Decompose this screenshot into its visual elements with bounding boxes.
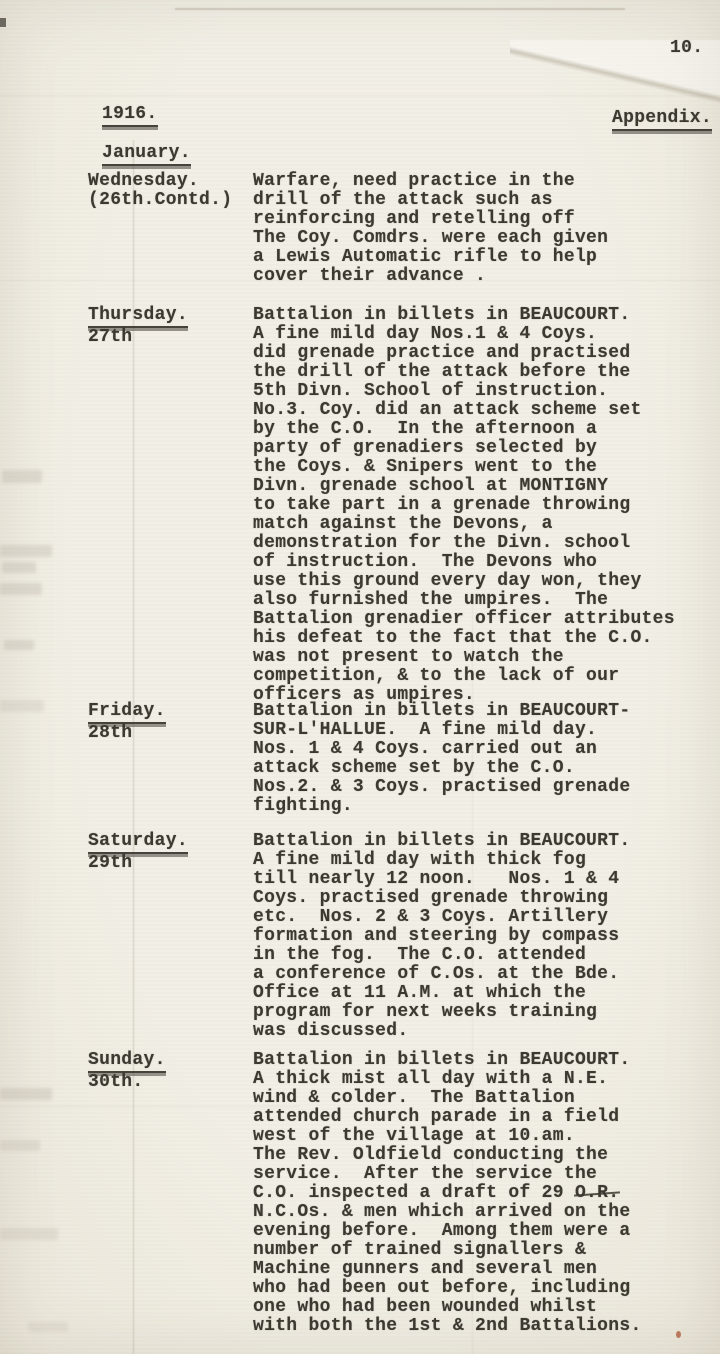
ghost-smudge: [2, 562, 36, 573]
ghost-smudge: [0, 1140, 40, 1151]
entry-text-line: Office at 11 A.M. at which the: [253, 984, 688, 1003]
entry-text-line: Battalion grenadier officer attributes: [253, 610, 688, 629]
entry-text-line: Warfare, need practice in the: [253, 172, 688, 191]
entry-day-label: Sunday.: [88, 1051, 253, 1073]
entry-text-line: did grenade practice and practised: [253, 344, 688, 363]
entry-text-line: of instruction. The Devons who: [253, 553, 688, 572]
ghost-smudge: [0, 583, 42, 595]
page-number: 10.: [670, 38, 703, 58]
entry-text-line: service. After the service the: [253, 1165, 688, 1184]
entry-text-line: was not present to watch the: [253, 648, 688, 667]
entry-text-line: Battalion in billets in BEAUCOURT.: [253, 832, 688, 851]
document-page: 10. 1916. Appendix. January. Wednesday.(…: [0, 0, 720, 1354]
entry-text-line: also furnished the umpires. The: [253, 591, 688, 610]
scan-streak: [0, 95, 720, 96]
entry-text-line: A thick mist all day with a N.E.: [253, 1070, 688, 1089]
entry-text-line: one who had been wounded whilst: [253, 1298, 688, 1317]
ghost-smudge: [0, 545, 52, 557]
entry-text-line: attack scheme set by the C.O.: [253, 759, 688, 778]
entry-text-line: N.C.Os. & men which arrived on the: [253, 1203, 688, 1222]
entry-text-line: Nos.2. & 3 Coys. practised grenade: [253, 778, 688, 797]
entry-label: Saturday.29th: [88, 832, 253, 873]
entry-date-label: 28th: [88, 724, 253, 743]
entry-day-label: Wednesday.: [88, 172, 253, 191]
entry-body: Warfare, need practice in thedrill of th…: [253, 172, 688, 286]
entry-text-line: No.3. Coy. did an attack scheme set: [253, 401, 688, 420]
entry-text-line: Battalion in billets in BEAUCOURT.: [253, 306, 688, 325]
entry-text-line: Coys. practised grenade throwing: [253, 889, 688, 908]
entry-text-line: SUR-L'HALLUE. A fine mild day.: [253, 721, 688, 740]
entry-label: Thursday.27th: [88, 306, 253, 347]
entry-text-line: fighting.: [253, 797, 688, 816]
entry-text-line: competition, & to the lack of our: [253, 667, 688, 686]
entry-text-line: demonstration for the Divn. school: [253, 534, 688, 553]
entry-label: Wednesday.(26th.Contd.): [88, 172, 253, 210]
entry-body: Battalion in billets in BEAUCOURT.A fine…: [253, 832, 688, 1041]
entry-text-line: The Coy. Comdrs. were each given: [253, 229, 688, 248]
month-heading: January.: [102, 143, 191, 166]
entry-text-line: his defeat to the fact that the C.O.: [253, 629, 688, 648]
entry-text-line: A fine mild day Nos.1 & 4 Coys.: [253, 325, 688, 344]
entry-date-label: (26th.Contd.): [88, 191, 253, 210]
appendix-heading: Appendix.: [612, 108, 712, 131]
entry-text-line: use this ground every day won, they: [253, 572, 688, 591]
entry-text-line: Battalion in billets in BEAUCOURT.: [253, 1051, 688, 1070]
entry-date-label: 30th.: [88, 1073, 253, 1092]
entry-body: Battalion in billets in BEAUCOURT.A thic…: [253, 1051, 688, 1336]
entry-date-label: 29th: [88, 854, 253, 873]
entry-text-line: Battalion in billets in BEAUCOURT-: [253, 702, 688, 721]
entry-day-label: Saturday.: [88, 832, 253, 854]
diary-entry: Thursday.27thBattalion in billets in BEA…: [88, 306, 688, 705]
entry-text-line: attended church parade in a field: [253, 1108, 688, 1127]
entry-text-line: with both the 1st & 2nd Battalions.: [253, 1317, 688, 1336]
ghost-smudge: [0, 1088, 52, 1100]
entry-text-line: number of trained signallers &: [253, 1241, 688, 1260]
entry-text-line: A fine mild day with thick fog: [253, 851, 688, 870]
entry-text-line: Machine gunners and several men: [253, 1260, 688, 1279]
entry-text-line: in the fog. The C.O. attended: [253, 946, 688, 965]
entry-text-line: west of the village at 10.am.: [253, 1127, 688, 1146]
month-heading-text: January.: [102, 143, 191, 166]
entry-text-line: by the C.O. In the afternoon a: [253, 420, 688, 439]
entry-text-line: The Rev. Oldfield conducting the: [253, 1146, 688, 1165]
diary-entry: Saturday.29thBattalion in billets in BEA…: [88, 832, 688, 1041]
entry-text-line: drill of the attack such as: [253, 191, 688, 210]
year-heading: 1916.: [102, 104, 158, 127]
scan-streak: [175, 8, 625, 10]
appendix-heading-text: Appendix.: [612, 108, 712, 131]
entry-text-line: reinforcing and retelling off: [253, 210, 688, 229]
ghost-smudge: [2, 470, 42, 483]
diary-entry: Friday.28thBattalion in billets in BEAUC…: [88, 702, 688, 816]
entry-text-line: the drill of the attack before the: [253, 363, 688, 382]
entry-day-label: Friday.: [88, 702, 253, 724]
entry-text-line: evening before. Among them were a: [253, 1222, 688, 1241]
ghost-smudge: [28, 1322, 68, 1332]
entry-text-line: cover their advance .: [253, 267, 688, 286]
entry-text-line: to take part in a grenade throwing: [253, 496, 688, 515]
entry-text-line: program for next weeks training: [253, 1003, 688, 1022]
entry-text-line: formation and steering by compass: [253, 927, 688, 946]
entry-text-line: who had been out before, including: [253, 1279, 688, 1298]
entry-text-line: Nos. 1 & 4 Coys. carried out an: [253, 740, 688, 759]
entry-label: Friday.28th: [88, 702, 253, 743]
entry-text-line: till nearly 12 noon. Nos. 1 & 4: [253, 870, 688, 889]
entry-text-line: wind & colder. The Battalion: [253, 1089, 688, 1108]
year-heading-text: 1916.: [102, 104, 158, 127]
edge-mark: [0, 18, 6, 27]
entry-body: Battalion in billets in BEAUCOURT-SUR-L'…: [253, 702, 688, 816]
entry-text-line: C.O. inspected a draft of 29 O.R.: [253, 1184, 688, 1203]
entry-body: Battalion in billets in BEAUCOURT.A fine…: [253, 306, 688, 705]
entry-day-label: Thursday.: [88, 306, 253, 328]
entry-text-line: etc. Nos. 2 & 3 Coys. Artillery: [253, 908, 688, 927]
ghost-smudge: [0, 1228, 58, 1240]
entry-text-line: 5th Divn. School of instruction.: [253, 382, 688, 401]
ghost-smudge: [4, 640, 34, 650]
entry-text-line: was discussed.: [253, 1022, 688, 1041]
entry-text-line: a conference of C.Os. at the Bde.: [253, 965, 688, 984]
entry-date-label: 27th: [88, 328, 253, 347]
entry-text-line: the Coys. & Snipers went to the: [253, 458, 688, 477]
diary-entry: Sunday.30th.Battalion in billets in BEAU…: [88, 1051, 688, 1336]
entry-label: Sunday.30th.: [88, 1051, 253, 1092]
entry-text-line: party of grenadiers selected by: [253, 439, 688, 458]
entry-text-line: Divn. grenade school at MONTIGNY: [253, 477, 688, 496]
ghost-smudge: [0, 700, 44, 712]
struck-out-text: O.R.: [575, 1183, 619, 1203]
entry-text-line: match against the Devons, a: [253, 515, 688, 534]
diary-entry: Wednesday.(26th.Contd.)Warfare, need pra…: [88, 172, 688, 286]
entry-text-line: a Lewis Automatic rifle to help: [253, 248, 688, 267]
